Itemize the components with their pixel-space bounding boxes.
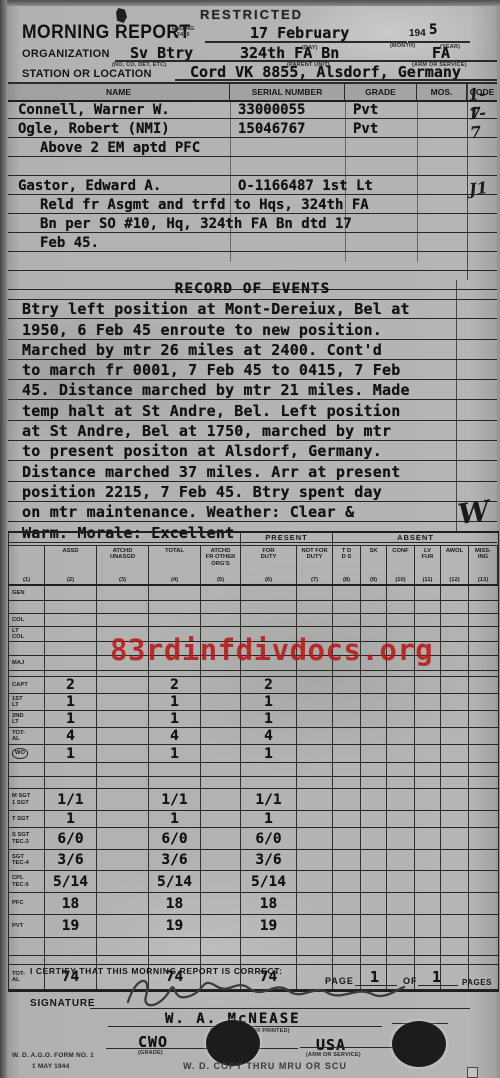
strength-col-header: T D D S (8): [333, 546, 361, 584]
strength-col-header: TOTAL (4): [149, 546, 201, 584]
strength-row: PFC 18 18 18: [9, 893, 498, 915]
strength-row-label: WO: [9, 745, 45, 762]
strength-row: [9, 601, 498, 614]
event-line: Btry left position at Mont-Dereiux, Bel …: [8, 299, 497, 319]
event-line: 1950, 6 Feb 45 enroute to new position.: [8, 319, 497, 339]
scan-edge-left: [0, 0, 7, 1078]
group-blank: [9, 533, 241, 545]
strength-row-label: 2ND LT: [9, 711, 45, 727]
roster-row: [8, 157, 497, 176]
strength-col-header: NOT FOR DUTY (7): [297, 546, 333, 584]
strength-row: COL: [9, 614, 498, 627]
events-heading: RECORD OF EVENTS: [175, 281, 331, 297]
entry-grade: Pvt: [345, 102, 417, 118]
strength-row-label: CPL TEC-5: [9, 871, 45, 892]
entry-name: Feb 45.: [8, 235, 230, 251]
entry-name: Ogle, Robert (NMI): [8, 121, 230, 137]
entry-name: Connell, Warner W.: [8, 102, 230, 118]
strength-row: 2ND LT 1 1 1: [9, 711, 498, 728]
station-label: STATION OR LOCATION: [22, 68, 152, 80]
entry-grade: Pvt: [345, 121, 417, 137]
strength-row: WO 1 1 1: [9, 745, 498, 763]
strength-group-row: PRESENT ABSENT: [9, 533, 498, 546]
roster-row: Gastor, Edward A. O-1166487 1st Lt J1: [8, 176, 497, 195]
event-line: temp halt at St Andre, Bel. Left positio…: [8, 400, 497, 420]
strength-row-label: M SGT 1 SGT: [9, 789, 45, 810]
entry-name: Gastor, Edward A.: [8, 178, 230, 194]
entry-name: Bn per SO #10, Hq, 324th FA Bn dtd 17: [8, 216, 230, 232]
strength-row: [9, 938, 498, 956]
roster-rail-1: [230, 100, 231, 262]
roster-col-grade: GRADE: [345, 84, 417, 100]
pages-underline: [418, 985, 458, 986]
strength-row-label: [9, 956, 45, 964]
watermark: 83rdinfdivdocs.org: [110, 633, 433, 667]
arm-underline: [300, 1047, 396, 1048]
signature-label: SIGNATURE: [30, 998, 95, 1009]
strength-row-label: LT COL: [9, 627, 45, 641]
grade-underline: [106, 1048, 298, 1049]
pages-label: PAGES: [462, 978, 492, 987]
strength-col-header: FOR DUTY (6): [241, 546, 297, 584]
form-title: MORNING REPORT: [22, 22, 191, 44]
ink-mark: [116, 8, 127, 23]
roster-row: Feb 45.: [8, 233, 497, 252]
punch-hole-left: [206, 1020, 260, 1066]
roster-rail-2: [345, 100, 346, 262]
scan-edge-top: [0, 0, 500, 6]
restricted-stamp: RESTRICTED: [200, 7, 303, 22]
ending-time: 2400: [172, 32, 195, 38]
strength-row-label: PVT: [9, 915, 45, 937]
strength-row-label: [9, 601, 45, 613]
grade-caption: (GRADE): [138, 1050, 163, 1056]
strength-table: PRESENT ABSENT (1) ASSD (2) ATCHD UNASGD…: [8, 531, 499, 992]
strength-row-label: [9, 763, 45, 776]
station-underline: [175, 79, 497, 81]
event-line: to present positon at Alsdorf, Germany.: [8, 441, 497, 461]
strength-col-header: LV FUR (11): [415, 546, 441, 584]
event-line: to march fr 0001, 7 Feb 45 to 0415, 7 Fe…: [8, 360, 497, 380]
strength-row: 1ST LT 1 1 1: [9, 694, 498, 711]
strength-row: M SGT 1 SGT 1/1 1/1 1/1: [9, 789, 498, 811]
strength-row: TOT- AL 4 4 4: [9, 728, 498, 745]
check-square: [467, 1067, 478, 1078]
group-absent: ABSENT: [333, 533, 498, 545]
date-underline: [205, 41, 407, 43]
roster-col-mos: MOS.: [417, 84, 467, 100]
group-present: PRESENT: [241, 533, 333, 545]
strength-col-header: ATCHD FR OTHER ORG'S (5): [201, 546, 241, 584]
strength-row-label: GEN: [9, 586, 45, 600]
strength-row: [9, 777, 498, 789]
roster-row: Ogle, Robert (NMI) 15046767 Pvt 1-7: [8, 119, 497, 138]
strength-row: PVT 19 19 19: [9, 915, 498, 938]
entry-name: Reld fr Asgmt and trfd to Hqs, 324th FA: [8, 197, 230, 213]
strength-col-header: ATCHD UNASGD (3): [97, 546, 149, 584]
strength-col-header: (1): [9, 546, 45, 584]
strength-row-label: S SGT TEC-3: [9, 828, 45, 849]
copy-note: W. D. COPY THRU MRU OR SCU: [183, 1061, 347, 1071]
strength-col-header: SK (9): [361, 546, 387, 584]
entry-serial: O-1166487 1st Lt: [230, 178, 345, 194]
strength-row: SGT TEC-4 3/6 3/6 3/6: [9, 850, 498, 871]
event-line: position 2215, 7 Feb 45. Btry spent day: [8, 482, 497, 502]
form-number: W. D. A.G.O. FORM NO. 1: [12, 1052, 94, 1059]
strength-row-label: [9, 777, 45, 788]
roster-row: [8, 252, 497, 271]
strength-header-row: (1) ASSD (2) ATCHD UNASGD (3) TOTAL (4) …: [9, 546, 498, 586]
event-line: Marched by mtr 26 miles at 2400. Cont'd: [8, 340, 497, 360]
pages-number: 1: [432, 968, 441, 986]
form-date: 1 MAY 1944: [32, 1063, 69, 1070]
ending-label: ENDING 2400: [172, 26, 195, 38]
roster-row: Reld fr Asgmt and trfd to Hqs, 324th FA: [8, 195, 497, 214]
strength-col-header: ASSD (2): [45, 546, 97, 584]
report-date: 17 February: [250, 24, 349, 42]
strength-col-header: MISS- ING (13): [469, 546, 498, 584]
strength-col-header: CONF (10): [387, 546, 415, 584]
strength-row-label: MAJ: [9, 656, 45, 670]
entry-serial: 33000055: [230, 102, 345, 118]
margin-note: W: [456, 494, 492, 531]
events-lines: Btry left position at Mont-Dereiux, Bel …: [8, 299, 497, 543]
year-typed: 5: [429, 22, 437, 38]
events-rail: [456, 280, 457, 531]
event-line: on mtr maintenance. Weather: Clear &: [8, 502, 497, 522]
entry-name: Above 2 EM aptd PFC: [8, 140, 230, 156]
month-caption: (MONTH): [390, 43, 415, 49]
event-line: 45. Distance marched by mtr 21 miles. Ma…: [8, 380, 497, 400]
morning-report-scan: RESTRICTED MORNING REPORT ENDING 2400 17…: [0, 0, 500, 1078]
strength-row-label: PFC: [9, 893, 45, 914]
roster-col-serial: SERIAL NUMBER: [230, 84, 345, 100]
strength-row: CPL TEC-5 5/14 5/14 5/14: [9, 871, 498, 893]
strength-row-label: 1ST LT: [9, 694, 45, 710]
strength-row-label: T SGT: [9, 811, 45, 827]
arm-caption: (ARM OR SERVICE): [306, 1052, 361, 1058]
roster-col-name: NAME: [8, 84, 230, 100]
year-underline: [408, 41, 470, 43]
organization-label: ORGANIZATION: [22, 48, 110, 60]
strength-row-label: [9, 642, 45, 655]
strength-row-label: CAPT: [9, 677, 45, 693]
roster-rail-code: [467, 84, 468, 280]
strength-row: [9, 956, 498, 965]
strength-row-label: COL: [9, 614, 45, 626]
strength-row: S SGT TEC-3 6/0 6/0 6/0: [9, 828, 498, 850]
day-caption: (DAY): [302, 45, 318, 51]
punch-hole-right: [392, 1021, 446, 1067]
roster-row: Bn per SO #10, Hq, 324th FA Bn dtd 17: [8, 214, 497, 233]
strength-col-header: AWOL (12): [441, 546, 469, 584]
strength-row-label: TOT- AL: [9, 728, 45, 744]
roster-row: Above 2 EM aptd PFC: [8, 138, 497, 157]
signature-underline: [90, 1008, 470, 1009]
entry-serial: 15046767: [230, 121, 345, 137]
roster-row: Connell, Warner W. 33000055 Pvt 1-7: [8, 100, 497, 119]
strength-row: GEN: [9, 586, 498, 601]
year-printed: 194: [409, 28, 426, 39]
event-line: Distance marched 37 miles. Arr at presen…: [8, 461, 497, 481]
strength-row: [9, 763, 498, 777]
event-line: at St Andre, Bel at 1750, marched by mtr: [8, 421, 497, 441]
roster-rail-3: [417, 100, 418, 262]
strength-row: CAPT 2 2 2: [9, 677, 498, 694]
roster-rows: Connell, Warner W. 33000055 Pvt 1-7 Ogle…: [8, 100, 497, 290]
events-heading-row: RECORD OF EVENTS: [8, 280, 497, 300]
strength-row-label: [9, 938, 45, 955]
strength-row-label: [9, 671, 45, 676]
strength-row-label: SGT TEC-4: [9, 850, 45, 870]
strength-row: T SGT 1 1 1: [9, 811, 498, 828]
